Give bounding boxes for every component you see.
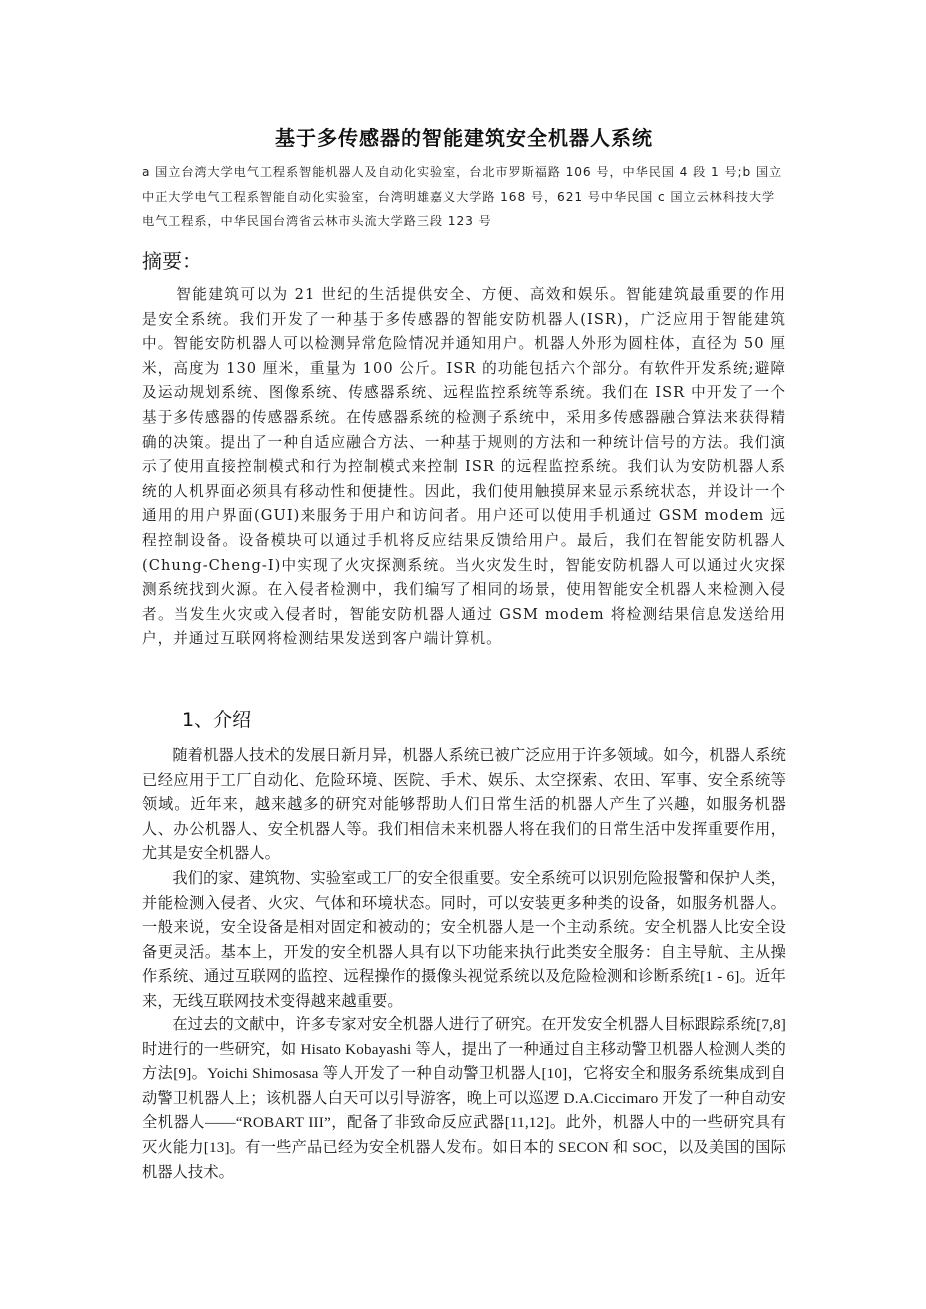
intro-paragraph-1: 随着机器人技术的发展日新月异，机器人系统已被广泛应用于许多领域。如今，机器人系统… [142, 744, 786, 867]
abstract-body: 智能建筑可以为 21 世纪的生活提供安全、方便、高效和娱乐。智能建筑最重要的作用… [142, 283, 786, 652]
section-heading-introduction: 1、介绍 [182, 705, 251, 732]
intro-paragraph-2: 我们的家、建筑物、实验室或工厂的安全很重要。安全系统可以识别危险报警和保护人类，… [142, 867, 786, 1015]
affiliations: a 国立台湾大学电气工程系智能机器人及自动化实验室，台北市罗斯福路 106 号，… [142, 160, 786, 234]
intro-paragraph-3: 在过去的文献中，许多专家对安全机器人进行了研究。在开发安全机器人目标跟踪系统[7… [142, 1013, 786, 1185]
abstract-heading: 摘要： [142, 245, 202, 274]
paper-title: 基于多传感器的智能建筑安全机器人系统 [142, 122, 786, 151]
